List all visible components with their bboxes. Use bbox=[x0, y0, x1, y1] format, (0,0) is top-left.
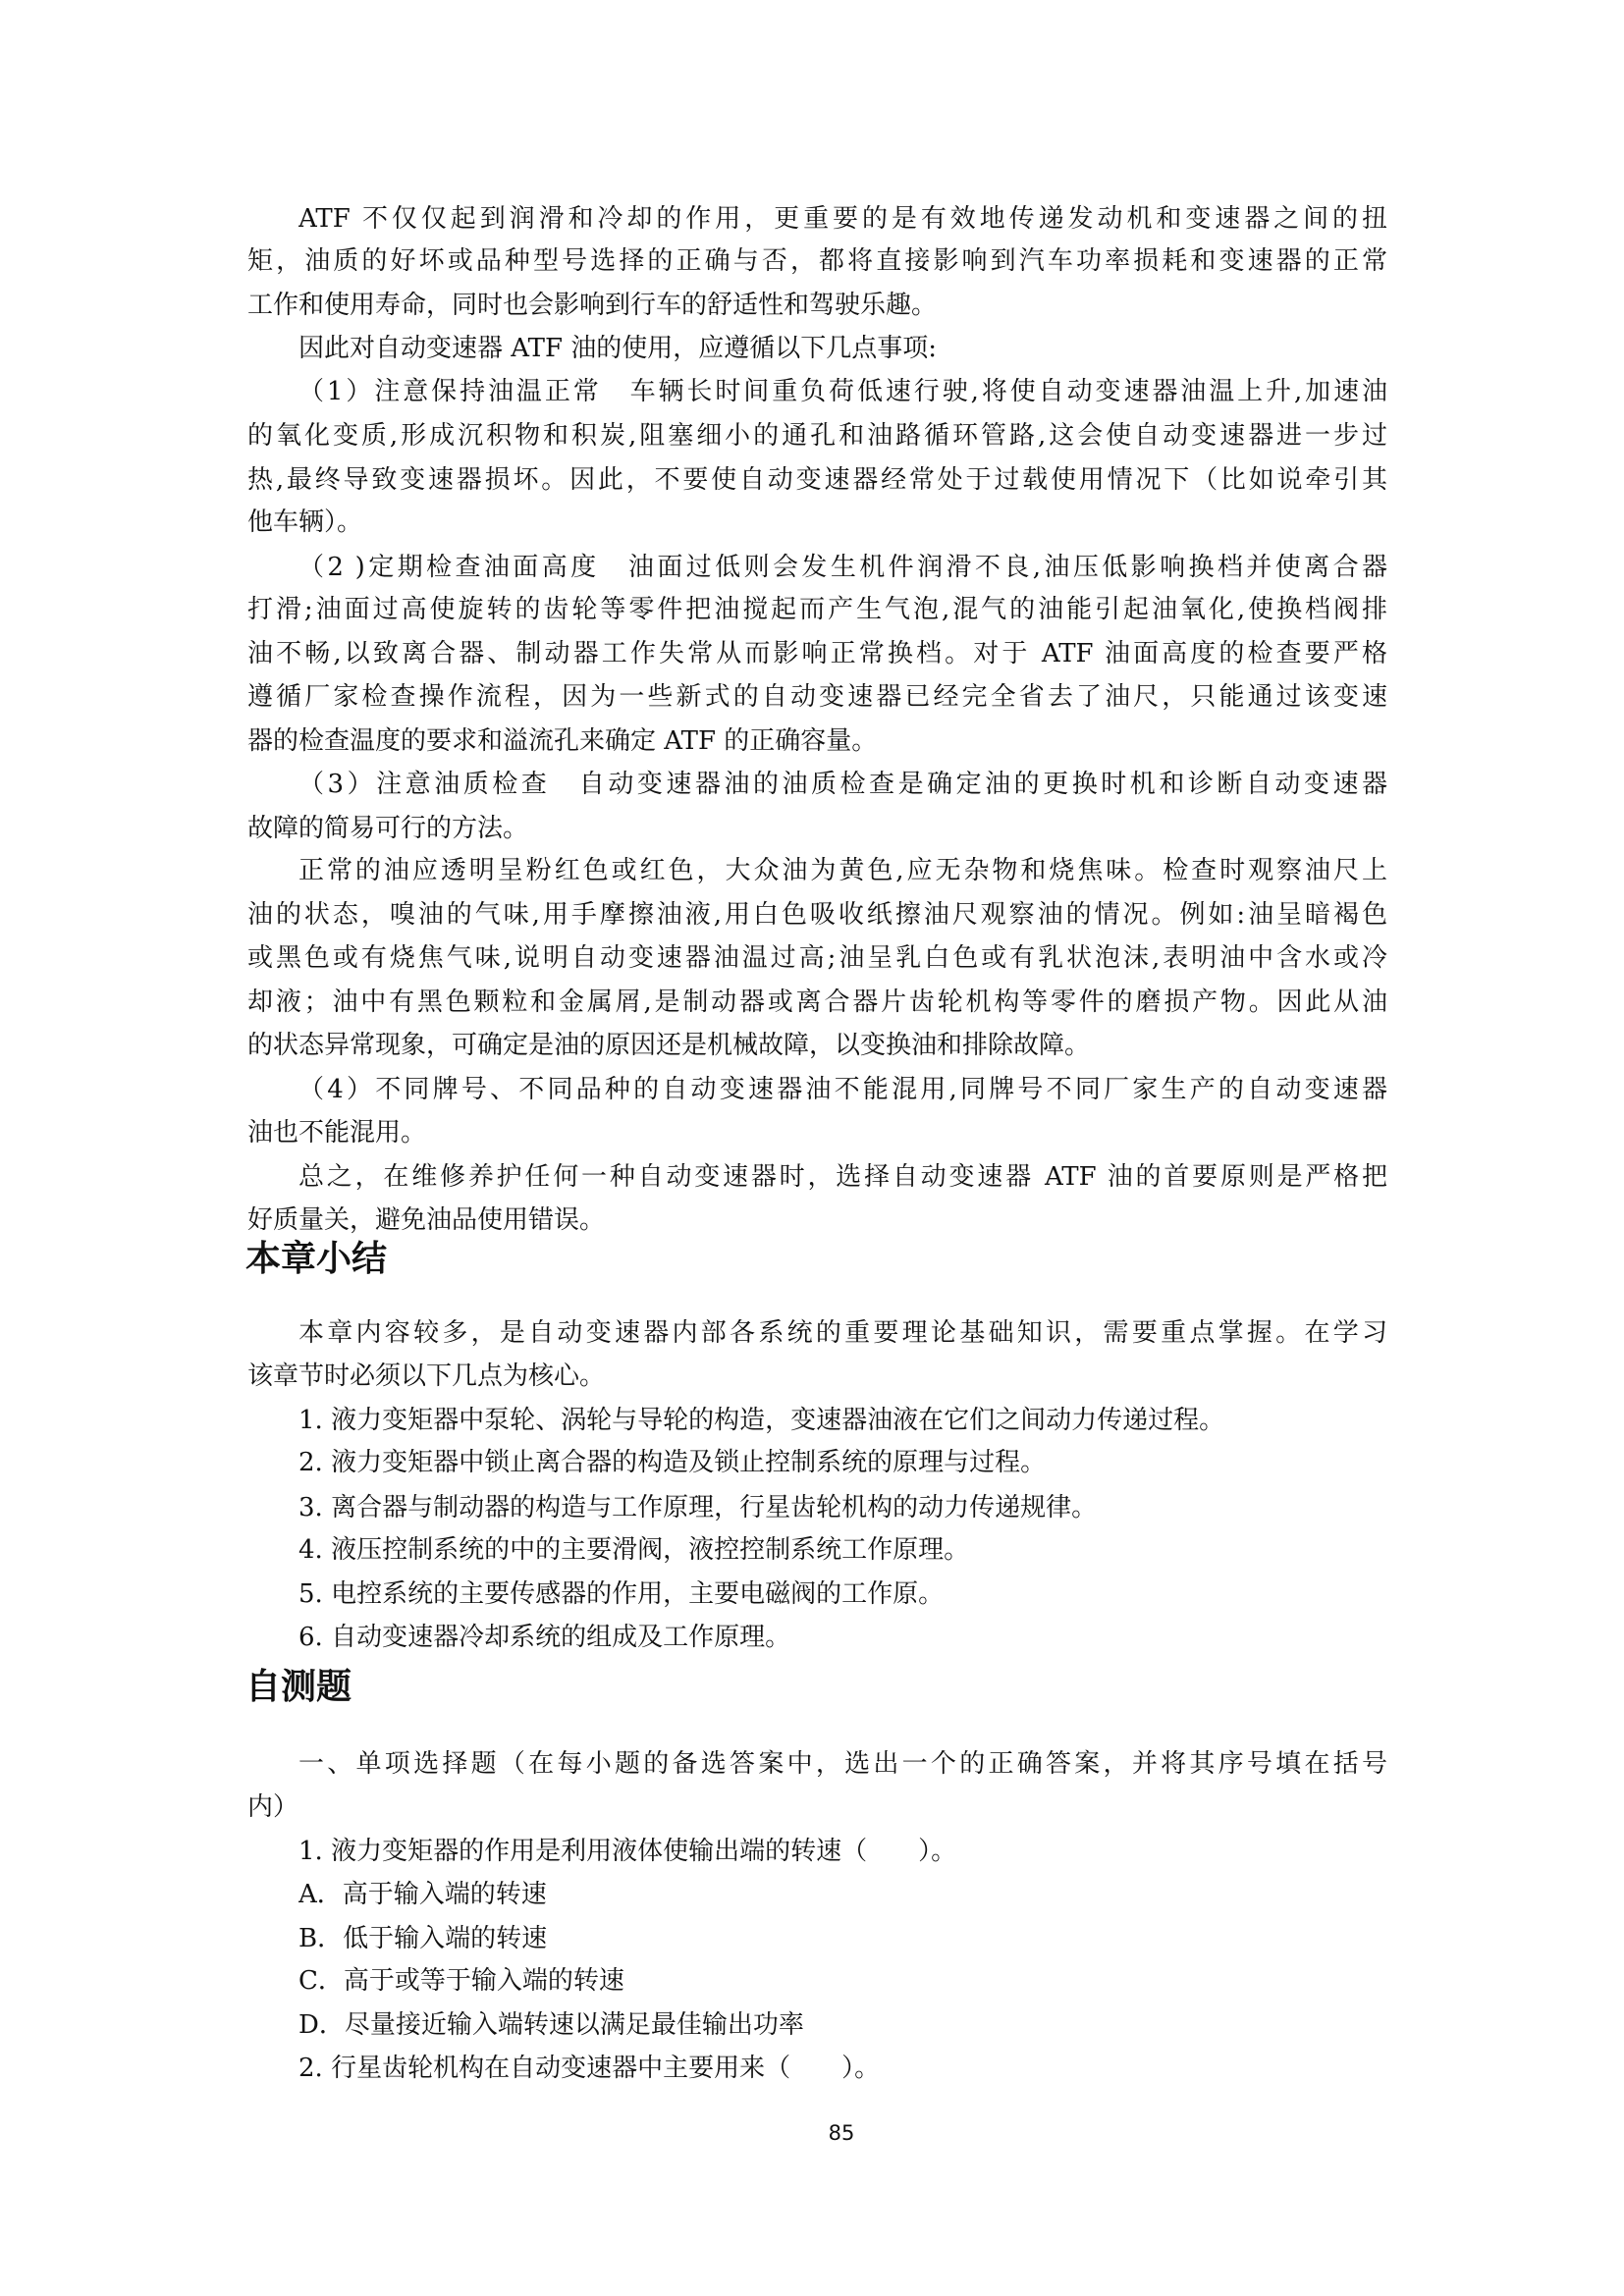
paragraph-line: （4）不同牌号、不同品种的自动变速器油不能混用,同牌号不同厂家生产的自动变速器 bbox=[298, 1068, 1387, 1111]
paragraph-line: 器的检查温度的要求和溢流孔来确定 ATF 的正确容量。 bbox=[247, 720, 1387, 763]
summary-item: 4. 液压控制系统的中的主要滑阀，液控控制系统工作原理。 bbox=[298, 1528, 1387, 1572]
summary-intro-line: 该章节时必须以下几点为核心。 bbox=[247, 1355, 1387, 1398]
paragraph-line: 打滑;油面过高使旋转的齿轮等零件把油搅起而产生气泡,混气的油能引起油氧化,使换档… bbox=[247, 588, 1387, 631]
paragraph-line: ATF 不仅仅起到润滑和冷却的作用，更重要的是有效地传递发动机和变速器之间的扭 bbox=[298, 197, 1387, 240]
paragraph-line: 正常的油应透明呈粉红色或红色，大众油为黄色,应无杂物和烧焦味。检查时观察油尺上 bbox=[298, 849, 1387, 892]
answer-option: C．高于或等于输入端的转速 bbox=[298, 1959, 1387, 2002]
page-number: 85 bbox=[0, 2118, 1624, 2148]
paragraph-line: 因此对自动变速器 ATF 油的使用，应遵循以下几点事项: bbox=[298, 327, 1387, 370]
paragraph-line: 的状态异常现象，可确定是油的原因还是机械故障，以变换油和排除故障。 bbox=[247, 1024, 1387, 1067]
paragraph-line: 矩，油质的好坏或品种型号选择的正确与否，都将直接影响到汽车功率损耗和变速器的正常 bbox=[247, 240, 1387, 283]
paragraph-line: （1）注意保持油温正常 车辆长时间重负荷低速行驶,将使自动变速器油温上升,加速油 bbox=[298, 370, 1387, 413]
paragraph-line: 好质量关，避免油品使用错误。 bbox=[247, 1199, 1387, 1242]
document-page: ATF 不仅仅起到润滑和冷却的作用，更重要的是有效地传递发动机和变速器之间的扭 … bbox=[0, 0, 1624, 2296]
paragraph-line: 油不畅,以致离合器、制动器工作失常从而影响正常换档。对于 ATF 油面高度的检查… bbox=[247, 632, 1387, 675]
summary-item: 2. 液力变矩器中锁止离合器的构造及锁止控制系统的原理与过程。 bbox=[298, 1441, 1387, 1484]
paragraph-line: （2 )定期检查油面高度 油面过低则会发生机件润滑不良,油压低影响换档并使离合器 bbox=[298, 546, 1387, 589]
paragraph-line: （3）注意油质检查 自动变速器油的油质检查是确定油的更换时机和诊断自动变速器 bbox=[298, 763, 1387, 806]
paragraph-line: 总之，在维修养护任何一种自动变速器时，选择自动变速器 ATF 油的首要原则是严格… bbox=[298, 1155, 1387, 1199]
paragraph-line: 或黑色或有烧焦气味,说明自动变速器油温过高;油呈乳白色或有乳状泡沫,表明油中含水… bbox=[247, 936, 1387, 980]
quiz-section-title: 一、单项选择题（在每小题的备选答案中，选出一个的正确答案，并将其序号填在括号 bbox=[298, 1742, 1387, 1786]
summary-item: 6. 自动变速器冷却系统的组成及工作原理。 bbox=[298, 1616, 1387, 1659]
paragraph-line: 遵循厂家检查操作流程，因为一些新式的自动变速器已经完全省去了油尺，只能通过该变速 bbox=[247, 675, 1387, 719]
section-heading-quiz: 自测题 bbox=[245, 1663, 352, 1712]
paragraph-line: 热,最终导致变速器损坏。因此，不要使自动变速器经常处于过载使用情况下（比如说牵引… bbox=[247, 458, 1387, 502]
quiz-section-title: 内） bbox=[247, 1786, 1387, 1829]
section-heading-summary: 本章小结 bbox=[245, 1235, 387, 1284]
paragraph-line: 却液；油中有黑色颗粒和金属屑,是制动器或离合器片齿轮机构等零件的磨损产物。因此从… bbox=[247, 981, 1387, 1024]
summary-intro-line: 本章内容较多，是自动变速器内部各系统的重要理论基础知识，需要重点掌握。在学习 bbox=[298, 1311, 1387, 1355]
paragraph-line: 故障的简易可行的方法。 bbox=[247, 807, 1387, 850]
paragraph-line: 油也不能混用。 bbox=[247, 1111, 1387, 1154]
answer-option: A．高于输入端的转速 bbox=[298, 1873, 1387, 1916]
paragraph-line: 油的状态，嗅油的气味,用手摩擦油液,用白色吸收纸擦油尺观察油的情况。例如:油呈暗… bbox=[247, 893, 1387, 936]
summary-item: 3. 离合器与制动器的构造与工作原理，行星齿轮机构的动力传递规律。 bbox=[298, 1486, 1387, 1529]
summary-item: 1. 液力变矩器中泵轮、涡轮与导轮的构造，变速器油液在它们之间动力传递过程。 bbox=[298, 1399, 1387, 1442]
paragraph-line: 的氧化变质,形成沉积物和积炭,阻塞细小的通孔和油路循环管路,这会使自动变速器进一… bbox=[247, 414, 1387, 457]
paragraph-line: 工作和使用寿命，同时也会影响到行车的舒适性和驾驶乐趣。 bbox=[247, 284, 1387, 327]
summary-item: 5. 电控系统的主要传感器的作用，主要电磁阀的工作原。 bbox=[298, 1573, 1387, 1616]
question-stem: 1. 液力变矩器的作用是利用液体使输出端的转速（ ）。 bbox=[298, 1830, 1387, 1873]
paragraph-line: 他车辆）。 bbox=[247, 501, 1387, 544]
answer-option: D．尽量接近输入端转速以满足最佳输出功率 bbox=[298, 2003, 1387, 2047]
question-stem: 2. 行星齿轮机构在自动变速器中主要用来（ ）。 bbox=[298, 2047, 1387, 2090]
answer-option: B．低于输入端的转速 bbox=[298, 1917, 1387, 1960]
